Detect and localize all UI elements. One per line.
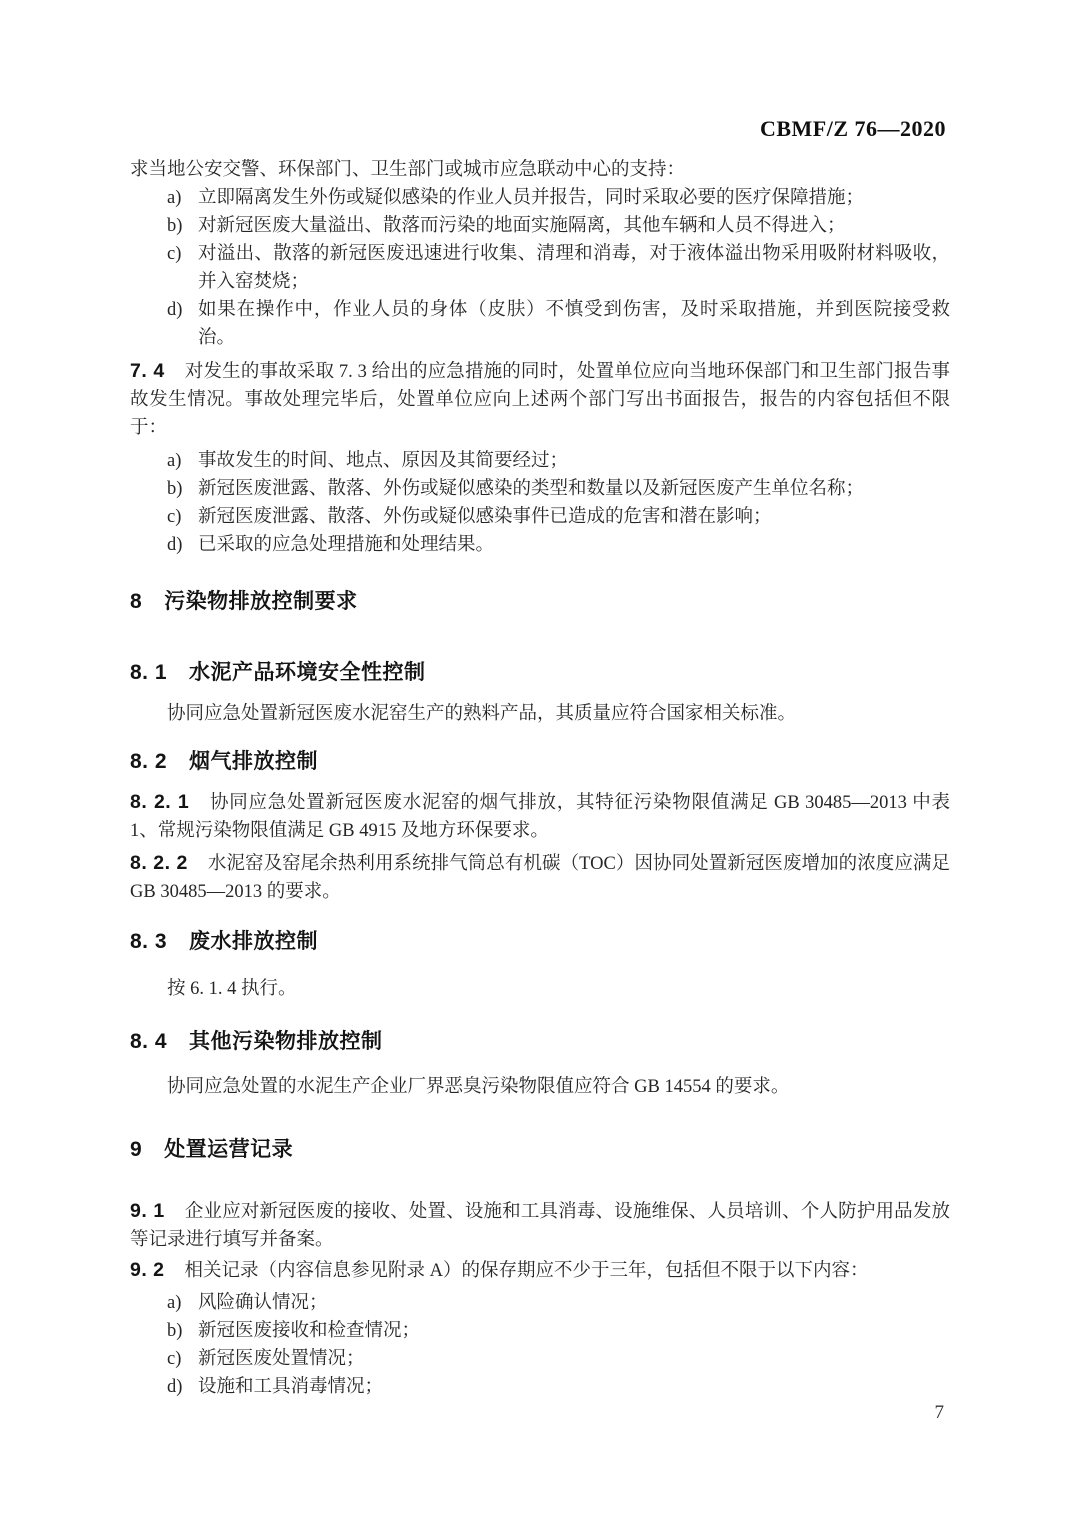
clause-9-1: 9. 1企业应对新冠医废的接收、处置、设施和工具消毒、设施维保、人员培训、个人防… — [130, 1197, 950, 1254]
section-8-3-heading: 8. 3废水排放控制 — [130, 928, 950, 956]
section-8-1-heading: 8. 1水泥产品环境安全性控制 — [130, 659, 950, 687]
list-marker: b) — [167, 475, 182, 503]
clause-text: 对发生的事故采取 7. 3 给出的应急措施的同时，处置单位应向当地环保部门和卫生… — [130, 362, 950, 438]
list-item: c) 新冠医废处置情况； — [130, 1345, 950, 1373]
list-item-text: 已采取的应急处理措施和处理结果。 — [198, 535, 494, 555]
document-page: CBMF/Z 76—2020 求当地公安交警、环保部门、卫生部门或城市应急联动中… — [0, 0, 1080, 1526]
clause-number: 7. 4 — [130, 360, 165, 382]
intro-paragraph: 求当地公安交警、环保部门、卫生部门或城市应急联动中心的支持： — [130, 156, 950, 184]
page-content: 求当地公安交警、环保部门、卫生部门或城市应急联动中心的支持： a) 立即隔离发生… — [130, 0, 950, 1401]
list-marker: d) — [167, 531, 182, 559]
clause-text: 协同应急处置新冠医废水泥窑的烟气排放，其特征污染物限值满足 GB 30485—2… — [130, 793, 950, 841]
list-item-text: 如果在操作中，作业人员的身体（皮肤）不慎受到伤害，及时采取措施，并到医院接受救治… — [198, 300, 950, 348]
page-number: 7 — [935, 1399, 945, 1427]
section-8-4-paragraph: 协同应急处置的水泥生产企业厂界恶臭污染物限值应符合 GB 14554 的要求。 — [130, 1073, 950, 1101]
list-item: b) 新冠医废泄露、散落、外伤或疑似感染的类型和数量以及新冠医废产生单位名称； — [130, 475, 950, 503]
clause-number: 9. 2 — [130, 1259, 165, 1281]
list-item: b) 对新冠医废大量溢出、散落而污染的地面实施隔离，其他车辆和人员不得进入； — [130, 212, 950, 240]
section-number: 8. 2 — [130, 750, 167, 773]
list-item: d) 如果在操作中，作业人员的身体（皮肤）不慎受到伤害，及时采取措施，并到医院接… — [130, 296, 950, 352]
chapter-8-heading: 8污染物排放控制要求 — [130, 588, 950, 616]
chapter-title: 处置运营记录 — [164, 1138, 293, 1161]
records-list: a) 风险确认情况； b) 新冠医废接收和检查情况； c) 新冠医废处置情况； … — [130, 1289, 950, 1401]
list-item-text: 设施和工具消毒情况； — [198, 1377, 383, 1397]
section-8-3-paragraph: 按 6. 1. 4 执行。 — [130, 975, 950, 1003]
list-item-text: 对溢出、散落的新冠医废迅速进行收集、清理和消毒，对于液体溢出物采用吸附材料吸收，… — [198, 244, 950, 292]
list-marker: b) — [167, 212, 182, 240]
list-item-text: 新冠医废泄露、散落、外伤或疑似感染事件已造成的危害和潜在影响； — [198, 507, 772, 527]
report-content-list: a) 事故发生的时间、地点、原因及其简要经过； b) 新冠医废泄露、散落、外伤或… — [130, 447, 950, 559]
section-8-1-paragraph: 协同应急处置新冠医废水泥窑生产的熟料产品，其质量应符合国家相关标准。 — [130, 700, 950, 728]
section-8-2-heading: 8. 2烟气排放控制 — [130, 748, 950, 776]
list-item: c) 对溢出、散落的新冠医废迅速进行收集、清理和消毒，对于液体溢出物采用吸附材料… — [130, 240, 950, 296]
section-number: 8. 1 — [130, 661, 167, 684]
list-item-text: 新冠医废接收和检查情况； — [198, 1321, 420, 1341]
clause-number: 8. 2. 2 — [130, 852, 188, 874]
chapter-number: 8 — [130, 590, 142, 613]
list-item: a) 立即隔离发生外伤或疑似感染的作业人员并报告，同时采取必要的医疗保障措施； — [130, 184, 950, 212]
list-item-text: 新冠医废泄露、散落、外伤或疑似感染的类型和数量以及新冠医废产生单位名称； — [198, 479, 864, 499]
list-item: d) 已采取的应急处理措施和处理结果。 — [130, 531, 950, 559]
list-item-text: 新冠医废处置情况； — [198, 1349, 365, 1369]
section-number: 8. 3 — [130, 930, 167, 953]
clause-number: 9. 1 — [130, 1200, 165, 1222]
clause-7-4: 7. 4对发生的事故采取 7. 3 给出的应急措施的同时，处置单位应向当地环保部… — [130, 357, 950, 442]
list-item: c) 新冠医废泄露、散落、外伤或疑似感染事件已造成的危害和潜在影响； — [130, 503, 950, 531]
list-item-text: 立即隔离发生外伤或疑似感染的作业人员并报告，同时采取必要的医疗保障措施； — [198, 188, 864, 208]
list-item: b) 新冠医废接收和检查情况； — [130, 1317, 950, 1345]
section-8-4-heading: 8. 4其他污染物排放控制 — [130, 1028, 950, 1056]
list-marker: d) — [167, 1373, 182, 1401]
clause-number: 8. 2. 1 — [130, 791, 189, 813]
list-marker: d) — [167, 296, 182, 324]
section-title: 其他污染物排放控制 — [189, 1030, 383, 1053]
list-marker: c) — [167, 1345, 181, 1373]
section-title: 废水排放控制 — [189, 930, 318, 953]
chapter-9-heading: 9处置运营记录 — [130, 1136, 950, 1164]
clause-text: 水泥窑及窑尾余热利用系统排气筒总有机碳（TOC）因协同处置新冠医废增加的浓度应满… — [130, 854, 950, 902]
list-marker: b) — [167, 1317, 182, 1345]
list-marker: c) — [167, 240, 181, 268]
section-title: 水泥产品环境安全性控制 — [189, 661, 426, 684]
emergency-measures-list: a) 立即隔离发生外伤或疑似感染的作业人员并报告，同时采取必要的医疗保障措施； … — [130, 184, 950, 352]
chapter-number: 9 — [130, 1138, 142, 1161]
list-item-text: 事故发生的时间、地点、原因及其简要经过； — [198, 451, 568, 471]
list-item: a) 风险确认情况； — [130, 1289, 950, 1317]
list-item-text: 风险确认情况； — [198, 1293, 328, 1313]
list-marker: c) — [167, 503, 181, 531]
clause-8-2-1: 8. 2. 1协同应急处置新冠医废水泥窑的烟气排放，其特征污染物限值满足 GB … — [130, 788, 950, 845]
chapter-title: 污染物排放控制要求 — [164, 590, 358, 613]
clause-text: 相关记录（内容信息参见附录 A）的保存期应不少于三年，包括但不限于以下内容： — [185, 1261, 869, 1281]
clause-text: 企业应对新冠医废的接收、处置、设施和工具消毒、设施维保、人员培训、个人防护用品发… — [130, 1202, 950, 1250]
list-item: a) 事故发生的时间、地点、原因及其简要经过； — [130, 447, 950, 475]
section-number: 8. 4 — [130, 1030, 167, 1053]
list-marker: a) — [167, 184, 181, 212]
list-item-text: 对新冠医废大量溢出、散落而污染的地面实施隔离，其他车辆和人员不得进入； — [198, 216, 846, 236]
section-title: 烟气排放控制 — [189, 750, 318, 773]
clause-8-2-2: 8. 2. 2水泥窑及窑尾余热利用系统排气筒总有机碳（TOC）因协同处置新冠医废… — [130, 849, 950, 906]
list-marker: a) — [167, 447, 181, 475]
clause-9-2: 9. 2相关记录（内容信息参见附录 A）的保存期应不少于三年，包括但不限于以下内… — [130, 1256, 950, 1285]
list-marker: a) — [167, 1289, 181, 1317]
list-item: d) 设施和工具消毒情况； — [130, 1373, 950, 1401]
